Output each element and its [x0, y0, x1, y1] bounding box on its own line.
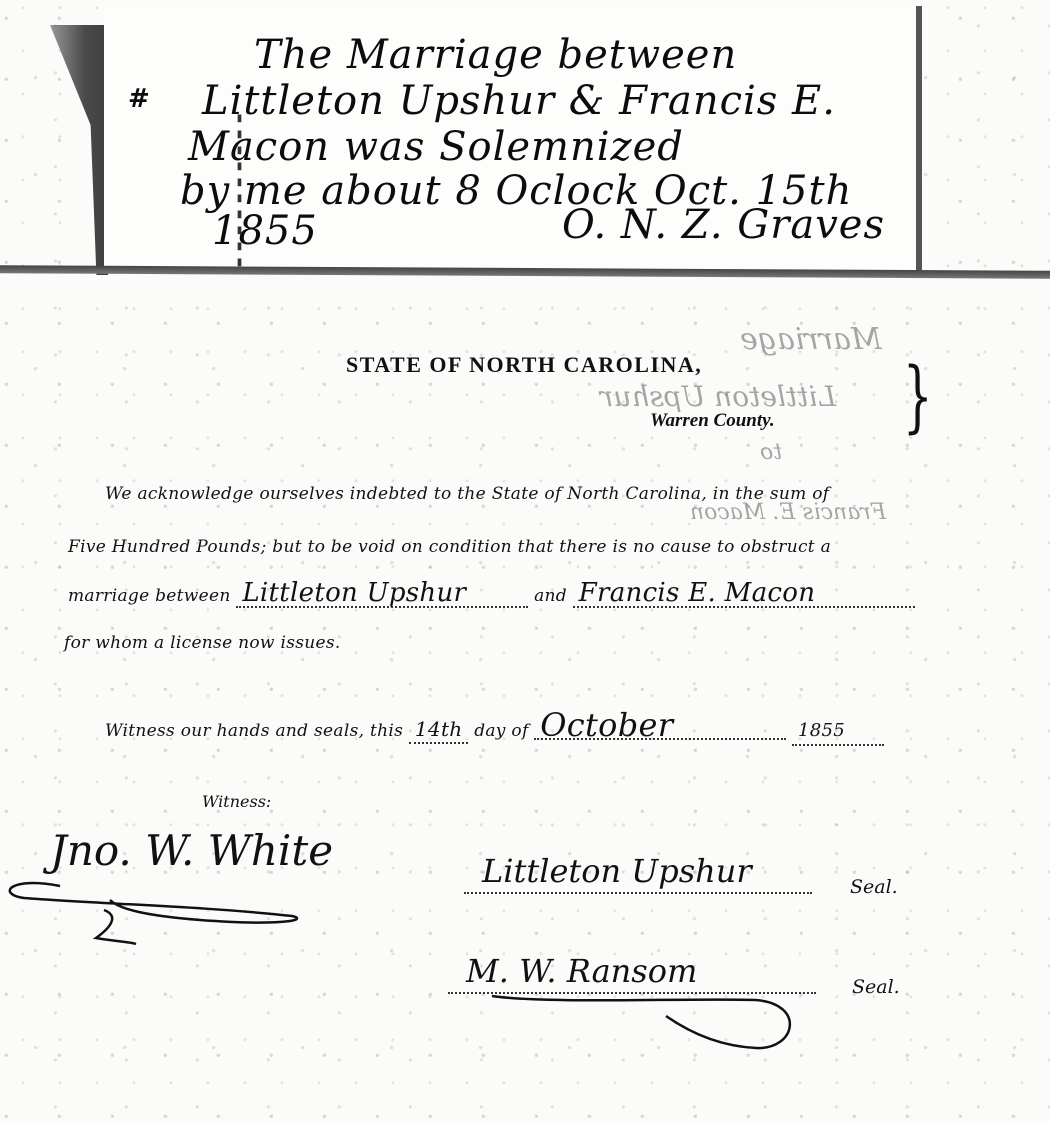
witness-day: 14th — [409, 716, 469, 744]
brace-glyph: } — [903, 358, 933, 436]
county-heading: Warren County. — [650, 410, 775, 432]
groom-name: Littleton Upshur — [236, 580, 528, 608]
signatory-1: Littleton Upshur — [464, 852, 812, 894]
witness-hands-seals-label: Witness our hands and seals, this — [105, 721, 403, 741]
officiant-signature: O. N. Z. Graves — [562, 202, 885, 248]
bond-text-line-3: marriage between Littleton Upshur and Fr… — [68, 580, 915, 608]
bleed-through-2: Littleton Upshur — [600, 380, 836, 413]
slip-line-3: Macon was Solemnized — [188, 124, 684, 170]
slip-shadow — [50, 25, 108, 275]
signatory-2-signature: M. W. Ransom — [448, 952, 816, 994]
bond-text-line-1: We acknowledge ourselves indebted to the… — [105, 484, 829, 504]
state-heading: STATE OF NORTH CAROLINA, — [346, 352, 702, 378]
signatory-2-flourish — [486, 990, 806, 1060]
signatory-1-seal: Seal. — [850, 876, 898, 898]
witness-label: Witness: — [202, 792, 271, 811]
signatory-2-seal: Seal. — [852, 976, 900, 998]
slip-line-1: The Marriage between — [254, 32, 737, 78]
slip-line-2: Littleton Upshur & Francis E. — [202, 78, 836, 124]
and-label: and — [534, 586, 567, 606]
solemnization-slip: # The Marriage between Littleton Upshur … — [104, 6, 922, 272]
bride-name: Francis E. Macon — [573, 580, 915, 608]
marriage-between-label: marriage between — [68, 586, 231, 606]
signatory-1-signature: Littleton Upshur — [464, 852, 812, 894]
slip-line-5-year: 1855 — [212, 208, 318, 254]
witness-year: 1855 — [792, 718, 884, 746]
bleed-through-3: to — [760, 440, 782, 465]
witness-date-line: Witness our hands and seals, this 14th d… — [105, 712, 884, 746]
margin-strike-mark: # — [128, 84, 151, 114]
witness-signature-flourish — [0, 870, 320, 950]
witness-month: October — [534, 712, 786, 740]
bond-text-line-4: for whom a license now issues. — [64, 633, 341, 653]
bond-text-line-2: Five Hundred Pounds; but to be void on c… — [68, 537, 831, 557]
signatory-2: M. W. Ransom — [448, 952, 816, 994]
bleed-through-1: Marriage — [740, 322, 882, 357]
day-of-label: day of — [474, 721, 528, 741]
witness-signature: Jno. W. White — [50, 826, 333, 875]
bleed-stamp-text: ▮▮▮▮▮▮▮▮▮▮ — [232, 110, 247, 270]
